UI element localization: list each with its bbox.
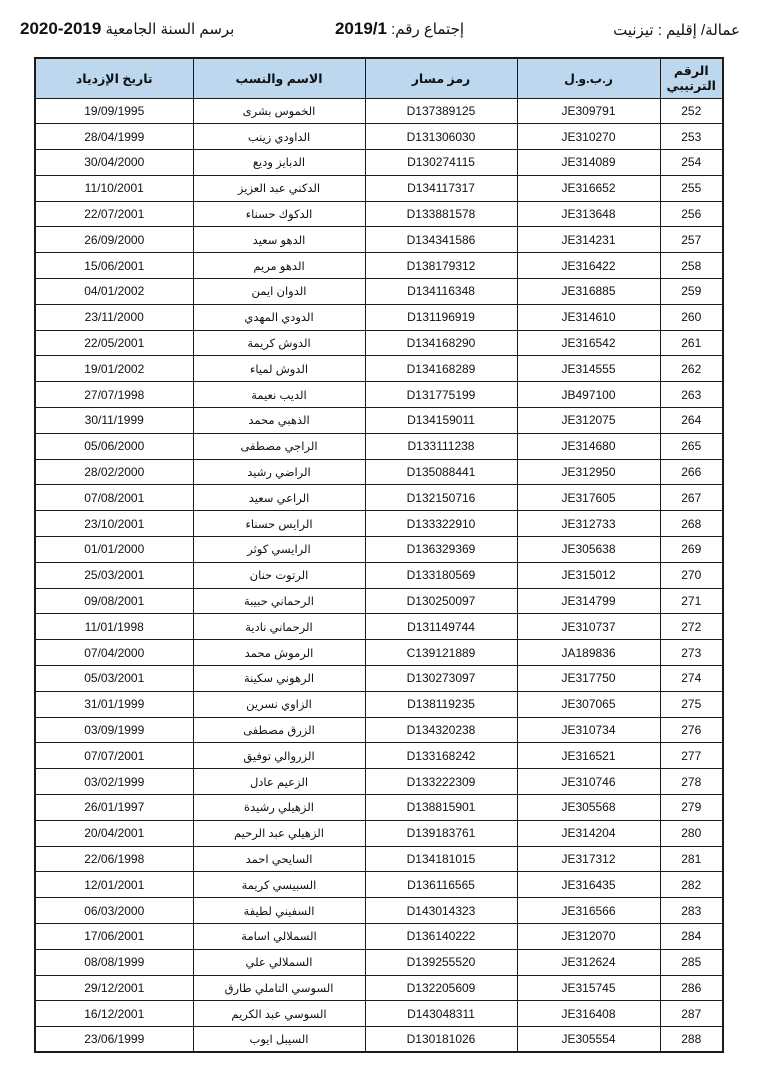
cell-massar: D139255520 [365,949,517,975]
cell-name: الذهبي محمد [193,408,365,434]
cell-num: 286 [660,975,723,1001]
cell-massar: D136140222 [365,924,517,950]
table-row: 07/07/2001الزروالي توفيقD133168242JE3165… [35,743,723,769]
cell-cne: JE316435 [517,872,660,898]
cell-cne: JE314089 [517,150,660,176]
cell-num: 266 [660,459,723,485]
cell-name: السوسي التاملي طارق [193,975,365,1001]
cell-name: الدودي المهدي [193,304,365,330]
cell-dob: 09/08/2001 [35,588,193,614]
cell-massar: D130181026 [365,1027,517,1053]
table-row: 28/02/2000الراضي رشيدD135088441JE3129502… [35,459,723,485]
cell-num: 268 [660,511,723,537]
cell-cne: JE315012 [517,562,660,588]
cell-name: الدكني عبد العزيز [193,175,365,201]
cell-name: الرموش محمد [193,640,365,666]
cell-num: 272 [660,614,723,640]
table-row: 19/01/2002الدوش لمياءD134168289JE3145552… [35,356,723,382]
cell-num: 287 [660,1001,723,1027]
cell-num: 269 [660,537,723,563]
cell-massar: D131196919 [365,304,517,330]
cell-massar: D130273097 [365,666,517,692]
cell-massar: D134168289 [365,356,517,382]
cell-dob: 28/02/2000 [35,459,193,485]
cell-dob: 27/07/1998 [35,382,193,408]
cell-name: الداودي زينب [193,124,365,150]
cell-num: 277 [660,743,723,769]
cell-cne: JE305568 [517,795,660,821]
table-row: 23/11/2000الدودي المهديD131196919JE31461… [35,304,723,330]
cell-name: الدبايز وديع [193,150,365,176]
cell-num: 260 [660,304,723,330]
cell-dob: 17/06/2001 [35,924,193,950]
cell-num: 253 [660,124,723,150]
cell-name: الراضي رشيد [193,459,365,485]
cell-dob: 12/01/2001 [35,872,193,898]
cell-num: 261 [660,330,723,356]
cell-name: الزعيم عادل [193,769,365,795]
cell-cne: JE314555 [517,356,660,382]
meeting-label: إجتماع رقم: [391,21,464,38]
cell-massar: D133168242 [365,743,517,769]
cell-num: 282 [660,872,723,898]
table-row: 15/06/2001الدهو مريمD138179312JE31642225… [35,253,723,279]
table-row: 16/12/2001السوسي عبد الكريمD143048311JE3… [35,1001,723,1027]
cell-cne: JE315745 [517,975,660,1001]
cell-dob: 19/01/2002 [35,356,193,382]
cell-cne: JE317750 [517,666,660,692]
cell-dob: 05/06/2000 [35,433,193,459]
cell-num: 276 [660,717,723,743]
cell-name: الزهيلي عبد الرحيم [193,820,365,846]
cell-massar: D143014323 [365,898,517,924]
cell-dob: 22/07/2001 [35,201,193,227]
cell-name: الرايسي كوثر [193,537,365,563]
cell-num: 257 [660,227,723,253]
cell-name: السايحي احمد [193,846,365,872]
cell-cne: JE310746 [517,769,660,795]
cell-name: السملالي علي [193,949,365,975]
cell-massar: D136329369 [365,537,517,563]
header-dob: تاريخ الإزدياد [35,58,193,98]
cell-num: 288 [660,1027,723,1053]
cell-cne: JA189836 [517,640,660,666]
cell-num: 254 [660,150,723,176]
cell-name: السيبل ايوب [193,1027,365,1053]
cell-dob: 11/01/1998 [35,614,193,640]
cell-dob: 31/01/1999 [35,691,193,717]
cell-dob: 07/08/2001 [35,485,193,511]
page-header: عمالة/ إقليم : تيزنيت إجتماع رقم: 2019/1… [0,12,768,52]
cell-name: السملالي اسامة [193,924,365,950]
cell-name: الزاوي نسرين [193,691,365,717]
cell-massar: D130274115 [365,150,517,176]
cell-cne: JE305554 [517,1027,660,1053]
cell-cne: JE312624 [517,949,660,975]
cell-cne: JE316652 [517,175,660,201]
cell-dob: 20/04/2001 [35,820,193,846]
cell-name: الدوش لمياء [193,356,365,382]
cell-name: الخموس بشرى [193,98,365,124]
cell-massar: D134341586 [365,227,517,253]
cell-cne: JE312070 [517,924,660,950]
cell-num: 274 [660,666,723,692]
table-row: 01/01/2000الرايسي كوثرD136329369JE305638… [35,537,723,563]
academic-year-label: برسم السنة الجامعية [106,21,235,38]
table-row: 27/07/1998الديب نعيمةD131775199JB4971002… [35,382,723,408]
cell-dob: 07/07/2001 [35,743,193,769]
cell-cne: JE310270 [517,124,660,150]
table-header-row: تاريخ الإزدياد الاسم والنسب رمز مسار ر.ب… [35,58,723,98]
cell-name: الراعي سعيد [193,485,365,511]
cell-num: 271 [660,588,723,614]
cell-cne: JE316542 [517,330,660,356]
cell-num: 275 [660,691,723,717]
academic-year-line: برسم السنة الجامعية 2019-2020 [20,19,234,39]
cell-cne: JE310737 [517,614,660,640]
cell-cne: JE312075 [517,408,660,434]
cell-dob: 26/01/1997 [35,795,193,821]
cell-cne: JE312950 [517,459,660,485]
table-row: 03/02/1999الزعيم عادلD133222309JE3107462… [35,769,723,795]
cell-dob: 03/02/1999 [35,769,193,795]
cell-massar: D138815901 [365,795,517,821]
cell-dob: 22/06/1998 [35,846,193,872]
table-row: 22/07/2001الدكوك حسناءD133881578JE313648… [35,201,723,227]
cell-massar: D138179312 [365,253,517,279]
cell-dob: 23/11/2000 [35,304,193,330]
cell-name: الرايس حسناء [193,511,365,537]
cell-num: 285 [660,949,723,975]
cell-name: الرحماني نادية [193,614,365,640]
cell-massar: D135088441 [365,459,517,485]
cell-dob: 23/06/1999 [35,1027,193,1053]
cell-massar: D133322910 [365,511,517,537]
cell-massar: D134116348 [365,279,517,305]
header-cne: ر.ب.و.ل [517,58,660,98]
meeting-number-line: إجتماع رقم: 2019/1 [335,19,464,39]
cell-name: الرتوت حنان [193,562,365,588]
cell-massar: D143048311 [365,1001,517,1027]
cell-name: الراجي مصطفى [193,433,365,459]
table-row: 07/08/2001الراعي سعيدD132150716JE3176052… [35,485,723,511]
cell-num: 264 [660,408,723,434]
cell-massar: D131775199 [365,382,517,408]
header-num: الرقم الترتيبي [660,58,723,98]
table-row: 17/06/2001السملالي اسامةD136140222JE3120… [35,924,723,950]
cell-massar: D131306030 [365,124,517,150]
cell-massar: D133222309 [365,769,517,795]
cell-cne: JE310734 [517,717,660,743]
cell-name: الزهيلي رشيدة [193,795,365,821]
cell-cne: JE317605 [517,485,660,511]
cell-massar: D130250097 [365,588,517,614]
cell-massar: D134159011 [365,408,517,434]
cell-dob: 30/04/2000 [35,150,193,176]
table-row: 05/03/2001الرهوني سكينةD130273097JE31775… [35,666,723,692]
cell-massar: D131149744 [365,614,517,640]
cell-dob: 23/10/2001 [35,511,193,537]
cell-dob: 08/08/1999 [35,949,193,975]
cell-name: الزرق مصطفى [193,717,365,743]
header-massar: رمز مسار [365,58,517,98]
cell-dob: 03/09/1999 [35,717,193,743]
table-row: 12/01/2001السبيسي كريمةD136116565JE31643… [35,872,723,898]
cell-dob: 01/01/2000 [35,537,193,563]
cell-name: الدهو سعيد [193,227,365,253]
cell-massar: D133180569 [365,562,517,588]
cell-dob: 15/06/2001 [35,253,193,279]
table-row: 23/06/1999السيبل ايوبD130181026JE3055542… [35,1027,723,1053]
cell-num: 259 [660,279,723,305]
table-row: 23/10/2001الرايس حسناءD133322910JE312733… [35,511,723,537]
table-row: 07/04/2000الرموش محمدC139121889JA1898362… [35,640,723,666]
cell-dob: 11/10/2001 [35,175,193,201]
cell-num: 281 [660,846,723,872]
table-row: 22/05/2001الدوش كريمةD134168290JE3165422… [35,330,723,356]
cell-dob: 22/05/2001 [35,330,193,356]
cell-num: 280 [660,820,723,846]
cell-name: الرحماني حبيبة [193,588,365,614]
cell-massar: D137389125 [365,98,517,124]
cell-massar: D132205609 [365,975,517,1001]
cell-massar: D136116565 [365,872,517,898]
cell-num: 267 [660,485,723,511]
cell-name: الرهوني سكينة [193,666,365,692]
cell-cne: JE316422 [517,253,660,279]
cell-cne: JE314680 [517,433,660,459]
cell-massar: D133881578 [365,201,517,227]
cell-cne: JE316408 [517,1001,660,1027]
cell-num: 265 [660,433,723,459]
cell-name: السبيسي كريمة [193,872,365,898]
table-row: 26/01/1997الزهيلي رشيدةD138815901JE30556… [35,795,723,821]
cell-name: الدوش كريمة [193,330,365,356]
students-table: تاريخ الإزدياد الاسم والنسب رمز مسار ر.ب… [34,57,724,1053]
table-row: 22/06/1998السايحي احمدD134181015JE317312… [35,846,723,872]
cell-num: 278 [660,769,723,795]
table-row: 30/11/1999الذهبي محمدD134159011JE3120752… [35,408,723,434]
cell-dob: 06/03/2000 [35,898,193,924]
cell-num: 255 [660,175,723,201]
cell-dob: 07/04/2000 [35,640,193,666]
cell-dob: 05/03/2001 [35,666,193,692]
cell-massar: D139183761 [365,820,517,846]
cell-name: السوسي عبد الكريم [193,1001,365,1027]
cell-cne: JE316885 [517,279,660,305]
cell-dob: 28/04/1999 [35,124,193,150]
table-row: 20/04/2001الزهيلي عبد الرحيمD139183761JE… [35,820,723,846]
cell-dob: 04/01/2002 [35,279,193,305]
cell-massar: C139121889 [365,640,517,666]
cell-num: 252 [660,98,723,124]
cell-cne: JE309791 [517,98,660,124]
records-body: 19/09/1995الخموس بشرىD137389125JE3097912… [35,98,723,1052]
table-row: 25/03/2001الرتوت حنانD133180569JE3150122… [35,562,723,588]
table-row: 11/10/2001الدكني عبد العزيزD134117317JE3… [35,175,723,201]
table-row: 04/01/2002الدوان ايمنD134116348JE3168852… [35,279,723,305]
cell-num: 263 [660,382,723,408]
cell-name: السفيني لطيفة [193,898,365,924]
cell-num: 262 [660,356,723,382]
cell-cne: JE312733 [517,511,660,537]
cell-num: 283 [660,898,723,924]
header-name: الاسم والنسب [193,58,365,98]
cell-name: الدوان ايمن [193,279,365,305]
cell-massar: D134168290 [365,330,517,356]
table-row: 30/04/2000الدبايز وديعD130274115JE314089… [35,150,723,176]
cell-name: الديب نعيمة [193,382,365,408]
meeting-number: 2019/1 [335,19,387,38]
table-row: 26/09/2000الدهو سعيدD134341586JE31423125… [35,227,723,253]
table-row: 09/08/2001الرحماني حبيبةD130250097JE3147… [35,588,723,614]
cell-dob: 25/03/2001 [35,562,193,588]
table-row: 28/04/1999الداودي زينبD131306030JE310270… [35,124,723,150]
cell-num: 256 [660,201,723,227]
cell-num: 279 [660,795,723,821]
cell-massar: D134117317 [365,175,517,201]
cell-name: الدهو مريم [193,253,365,279]
cell-cne: JE316566 [517,898,660,924]
cell-num: 284 [660,924,723,950]
cell-cne: JE305638 [517,537,660,563]
cell-cne: JE314610 [517,304,660,330]
table-row: 11/01/1998الرحماني ناديةD131149744JE3107… [35,614,723,640]
cell-dob: 16/12/2001 [35,1001,193,1027]
cell-cne: JE316521 [517,743,660,769]
cell-name: الدكوك حسناء [193,201,365,227]
cell-dob: 30/11/1999 [35,408,193,434]
cell-cne: JE314204 [517,820,660,846]
cell-cne: JE307065 [517,691,660,717]
table-row: 08/08/1999السملالي عليD139255520JE312624… [35,949,723,975]
cell-num: 273 [660,640,723,666]
cell-dob: 19/09/1995 [35,98,193,124]
table-row: 31/01/1999الزاوي نسرينD138119235JE307065… [35,691,723,717]
table-row: 03/09/1999الزرق مصطفىD134320238JE3107342… [35,717,723,743]
cell-dob: 29/12/2001 [35,975,193,1001]
table-row: 19/09/1995الخموس بشرىD137389125JE3097912… [35,98,723,124]
cell-num: 270 [660,562,723,588]
cell-cne: JE313648 [517,201,660,227]
cell-massar: D134181015 [365,846,517,872]
cell-cne: JE314231 [517,227,660,253]
cell-cne: JE317312 [517,846,660,872]
cell-cne: JE314799 [517,588,660,614]
cell-massar: D132150716 [365,485,517,511]
cell-dob: 26/09/2000 [35,227,193,253]
cell-massar: D138119235 [365,691,517,717]
table-header: تاريخ الإزدياد الاسم والنسب رمز مسار ر.ب… [35,58,723,98]
table-row: 05/06/2000الراجي مصطفىD133111238JE314680… [35,433,723,459]
cell-massar: D133111238 [365,433,517,459]
table-row: 06/03/2000السفيني لطيفةD143014323JE31656… [35,898,723,924]
academic-year-value: 2019-2020 [20,19,101,38]
province-label: عمالة/ إقليم : تيزنيت [613,21,740,39]
cell-name: الزروالي توفيق [193,743,365,769]
cell-num: 258 [660,253,723,279]
cell-cne: JB497100 [517,382,660,408]
cell-massar: D134320238 [365,717,517,743]
table-row: 29/12/2001السوسي التاملي طارقD132205609J… [35,975,723,1001]
